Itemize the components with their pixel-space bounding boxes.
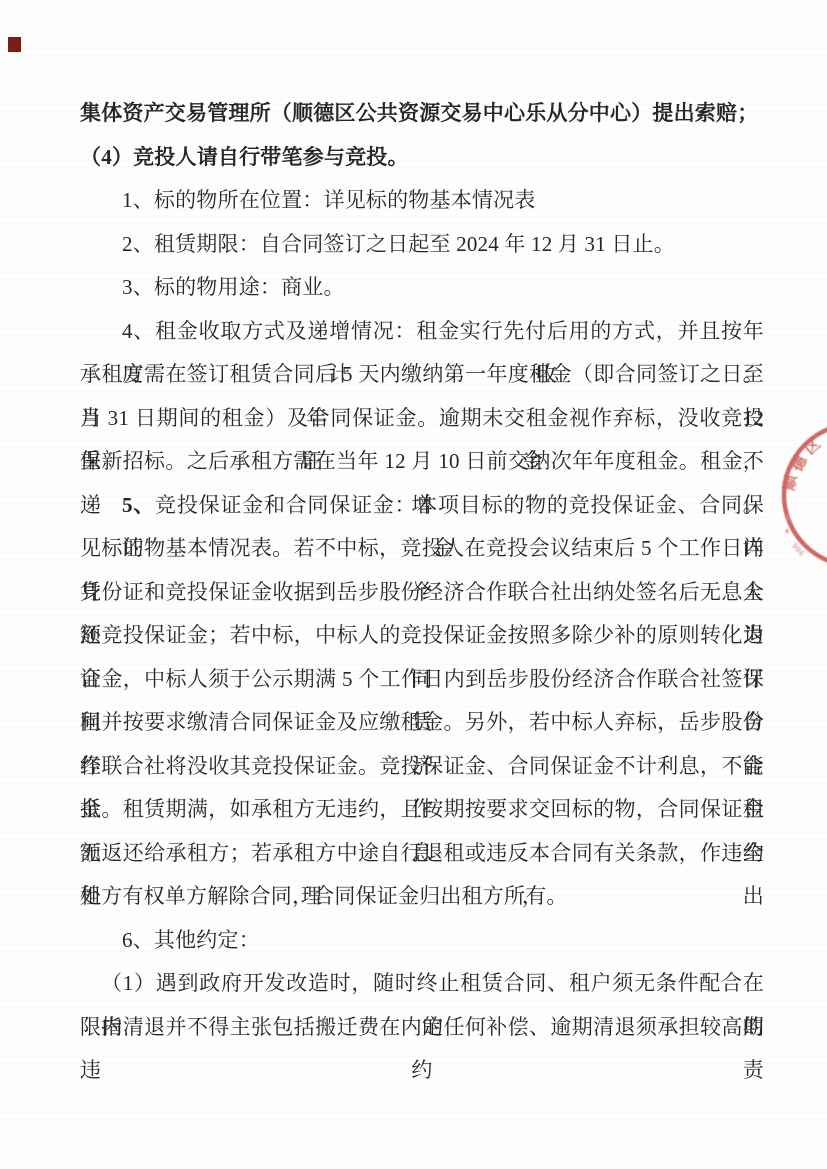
text-line: 4、租金收取方式及递增情况：租金实行先付后用的方式，并且按年度计收。 bbox=[80, 310, 764, 354]
text-line: 同并按要求缴清合同保证金及应缴租金。另外，若中标人弃标，岳步股份经济合 bbox=[80, 701, 764, 745]
text-line: 身份证和竞投保证金收据到岳步股份经济合作联合社出纳处签名后无息全额退 bbox=[80, 571, 764, 615]
text-line: 3、标的物用途：商业。 bbox=[80, 266, 764, 310]
text-line: 金。租赁期满，如承租方无违约，且按期按要求交回标的物，合同保证金无息全 bbox=[80, 788, 764, 832]
text-line: 集体资产交易管理所（顺德区公共资源交易中心乐从分中心）提出索赔； bbox=[80, 92, 764, 136]
text-line: 证金，中标人须于公示期满 5 个工作日内到岳步股份经济合作联合社签订租赁合 bbox=[80, 658, 764, 702]
list-number-bold: 5、 bbox=[122, 493, 155, 517]
official-seal-stamp: 区 德 顺 906 bbox=[775, 408, 827, 578]
text-line: 见标的物基本情况表。若不中标，竞投人在竞投会议结束后 5 个工作日内凭个人 bbox=[80, 527, 764, 571]
text-line: 额返还给承租方；若承租方中途自行退租或违反本合同有关条款，作违约处理，出 bbox=[80, 832, 764, 876]
text-line: 限内清退并不得主张包括搬迁费在内的任何补偿、逾期清退须承担较高的违约责 bbox=[80, 1006, 764, 1050]
text-line: （4）竞投人请自行带笔参与竞投。 bbox=[80, 136, 764, 180]
text-line: 6、其他约定： bbox=[80, 919, 764, 963]
text-line: 1、标的物所在位置：详见标的物基本情况表 bbox=[80, 179, 764, 223]
scanned-document-page: 集体资产交易管理所（顺德区公共资源交易中心乐从分中心）提出索赔；（4）竞投人请自… bbox=[0, 0, 827, 1169]
text-line: 重新招标。之后承租方需在当年 12 月 10 日前交纳次年年度租金。租金不递增。 bbox=[80, 440, 764, 484]
seal-faint-mark bbox=[786, 516, 789, 521]
red-corner-registration-mark bbox=[8, 37, 21, 52]
text-line: 承租方需在签订租赁合同后 5 天内缴纳第一年度租金（即合同签订之日至当年 12 bbox=[80, 353, 764, 397]
text-line: 作联合社将没收其竞投保证金。竞投保证金、合同保证金不计利息，不能抵作租 bbox=[80, 745, 764, 789]
text-line: 2、租赁期限：自合同签订之日起至 2024 年 12 月 31 日止。 bbox=[80, 223, 764, 267]
seal-faint-mark bbox=[785, 529, 788, 534]
seal-ring-character: 顺 bbox=[781, 473, 801, 492]
text-line: （1）遇到政府开发改造时，随时终止租赁合同、租户须无条件配合在指定期 bbox=[80, 962, 764, 1006]
seal-ring-character: 区 bbox=[801, 435, 823, 458]
text-line: 还竞投保证金；若中标，中标人的竞投保证金按照多除少补的原则转化为合同保 bbox=[80, 614, 764, 658]
seal-ring-character: 德 bbox=[788, 452, 812, 475]
text-line: 月 31 日期间的租金）及合同保证金。逾期未交租金视作弃标，没收竞投保证金， bbox=[80, 397, 764, 441]
document-body: 集体资产交易管理所（顺德区公共资源交易中心乐从分中心）提出索赔；（4）竞投人请自… bbox=[80, 92, 764, 1049]
text-line: 5、竞投保证金和合同保证金：本项目标的物的竞投保证金、合同保证金详 bbox=[80, 484, 764, 528]
